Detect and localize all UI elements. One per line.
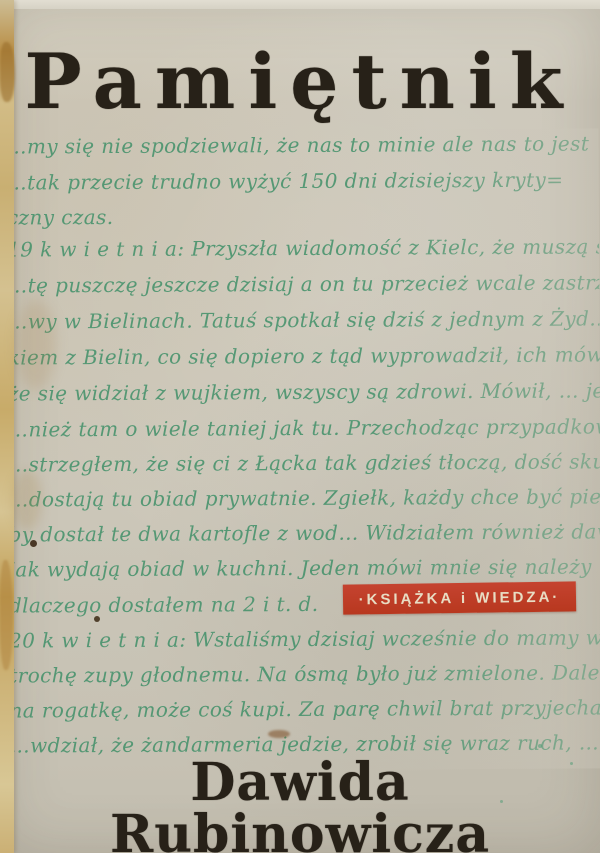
handwriting-line: 19 k w i e t n i a: Przyszła wiadomość z…	[7, 234, 599, 267]
handwriting-line: …nież tam o wiele taniej jak tu. Przecho…	[8, 414, 600, 447]
handwriting-line: trochę zupy głodnemu. Na ósmą było już z…	[9, 660, 600, 693]
handwriting-line: kiem z Bielin, co się dopiero z tąd wypr…	[8, 342, 600, 375]
handwriting-line: dlaczego dostałem na 2 i t. d.	[9, 592, 339, 624]
handwriting-line: …strzegłem, że się ci z Łącka tak gdzieś…	[8, 449, 600, 482]
book-cover-photo: Pamiętnik …my się nie spodziewali, że na…	[0, 0, 600, 853]
handwriting-line: …my się nie spodziewali, że nas to minie…	[6, 131, 598, 164]
book-author-title: Dawida Rubinowicza	[0, 757, 600, 853]
handwriting-line: …dostają tu obiad prywatnie. Zgiełk, każ…	[8, 484, 600, 517]
handwriting-line: …tę puszczę jeszcze dzisiaj a on tu prze…	[7, 270, 599, 303]
handwriting-line: by dostał te dwa kartofle z wod… Widział…	[8, 519, 600, 552]
handwriting-line: …wy w Bielinach. Tatuś spotkał się dziś …	[7, 306, 599, 339]
handwritten-diary-facsimile: …my się nie spodziewali, że nas to minie…	[0, 0, 600, 853]
edge-chip	[0, 42, 15, 102]
publisher-stamp-label: ·KSIĄŻKA i WIEDZA·	[359, 588, 561, 608]
worn-paper-edge	[0, 0, 14, 853]
handwriting-line: że się widział z wujkiem, wszyscy są zdr…	[8, 378, 600, 411]
publisher-stamp: ·KSIĄŻKA i WIEDZA·	[343, 581, 576, 614]
handwriting-line: 20 k w i e t n i a: Wstaliśmy dzisiaj wc…	[9, 625, 600, 658]
handwriting-line: czny czas.	[7, 202, 599, 235]
handwriting-line: na rogatkę, może coś kupi. Za parę chwil…	[9, 695, 600, 728]
handwriting-line: …tak przecie trudno wyżyć 150 dni dzisie…	[7, 167, 599, 200]
edge-chip	[0, 560, 13, 670]
